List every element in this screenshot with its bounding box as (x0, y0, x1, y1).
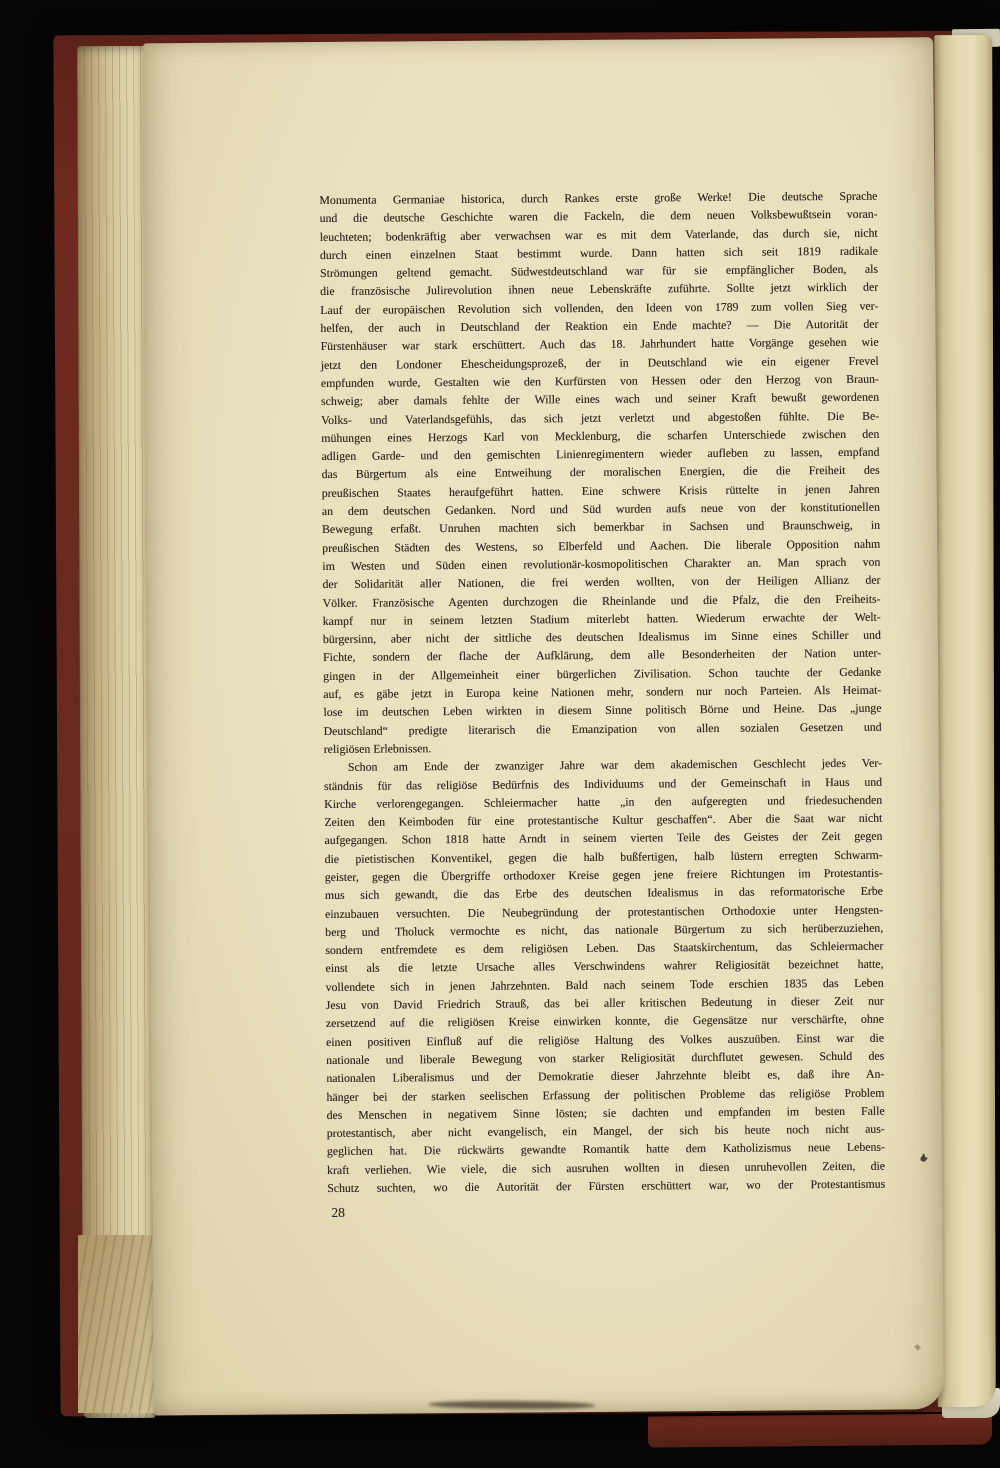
paragraph: Schon am Ende der zwanziger Jahre war de… (324, 754, 885, 1197)
text-line: Schutz suchten, wo die Autorität der Für… (327, 1175, 885, 1198)
page-number: 28 (331, 1205, 345, 1221)
text-block: Monumenta Germaniae historica, durch Ran… (319, 187, 885, 1198)
scanned-book-photo: { "page": { "number": "28", "language": … (0, 0, 1000, 1468)
fore-edge-curled-page (934, 35, 996, 1407)
book-page: Monumenta Germaniae historica, durch Ran… (143, 37, 944, 1415)
book-cover-bottom-right-edge (648, 1413, 992, 1447)
paragraph: Monumenta Germaniae historica, durch Ran… (319, 187, 881, 759)
gutter-page-edges (77, 46, 155, 1418)
